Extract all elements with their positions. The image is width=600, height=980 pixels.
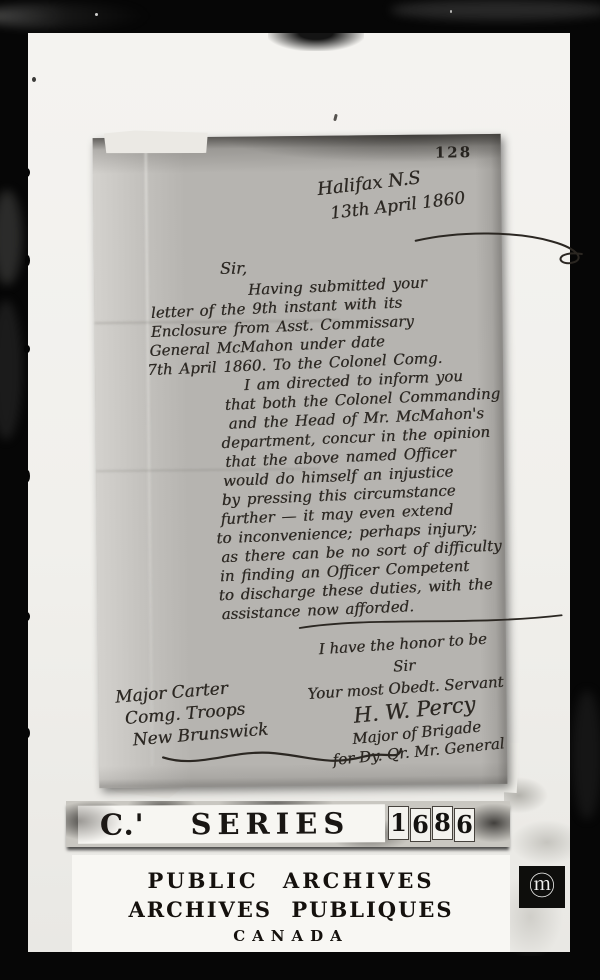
film-streak xyxy=(0,300,22,440)
letter-body: Having submitted your letter of the 9th … xyxy=(89,271,508,630)
film-speck xyxy=(95,13,98,16)
pen-mark xyxy=(333,114,338,122)
reel-digit-tile: 8 xyxy=(432,806,453,840)
archive-card-line-country: CANADA xyxy=(72,927,510,945)
film-streak xyxy=(390,0,600,20)
letter-page: 128 Halifax N.S 13th April 1860 Sir, Hav… xyxy=(93,134,508,788)
microfilm-frame: 128 Halifax N.S 13th April 1860 Sir, Hav… xyxy=(0,0,600,980)
series-strip: C.' SERIES 1 6 8 6 xyxy=(66,801,510,847)
archive-card: PUBLIC ARCHIVES ARCHIVES PUBLIQUES CANAD… xyxy=(72,855,510,952)
page-number-stamp: 128 xyxy=(435,143,472,161)
reel-digit-tile: 6 xyxy=(454,808,475,842)
series-prefix-label: C.' xyxy=(100,807,145,841)
film-speck xyxy=(450,10,452,13)
dust-speck xyxy=(32,77,36,82)
film-streak xyxy=(572,690,600,820)
reel-digit-tile: 1 xyxy=(388,806,409,840)
archive-card-line-en: PUBLIC ARCHIVES xyxy=(72,868,510,893)
film-edge-blemish xyxy=(25,470,30,482)
film-streak xyxy=(0,190,22,285)
flourish-swash-icon xyxy=(414,229,586,271)
series-word-label: SERIES xyxy=(190,806,350,841)
archive-card-line-fr: ARCHIVES PUBLIQUES xyxy=(72,897,510,922)
film-edge-blemish xyxy=(24,345,30,353)
microfilm-logo: ⓜ xyxy=(519,866,565,908)
reel-digit-tile: 6 xyxy=(410,808,431,842)
series-label-plate: C.' SERIES xyxy=(78,804,385,844)
film-edge-blemish xyxy=(25,728,30,738)
flourish-swash-icon xyxy=(159,743,405,772)
circled-m-icon: ⓜ xyxy=(529,874,555,900)
salutation: Sir, xyxy=(220,259,247,278)
film-edge-blemish xyxy=(25,255,30,266)
film-streak xyxy=(0,4,150,28)
film-edge-blemish xyxy=(24,168,30,177)
ink-smudge xyxy=(268,33,364,51)
flourish-swash-icon xyxy=(298,611,566,632)
film-edge-blemish xyxy=(24,612,30,621)
torn-paper-edge xyxy=(104,129,208,155)
